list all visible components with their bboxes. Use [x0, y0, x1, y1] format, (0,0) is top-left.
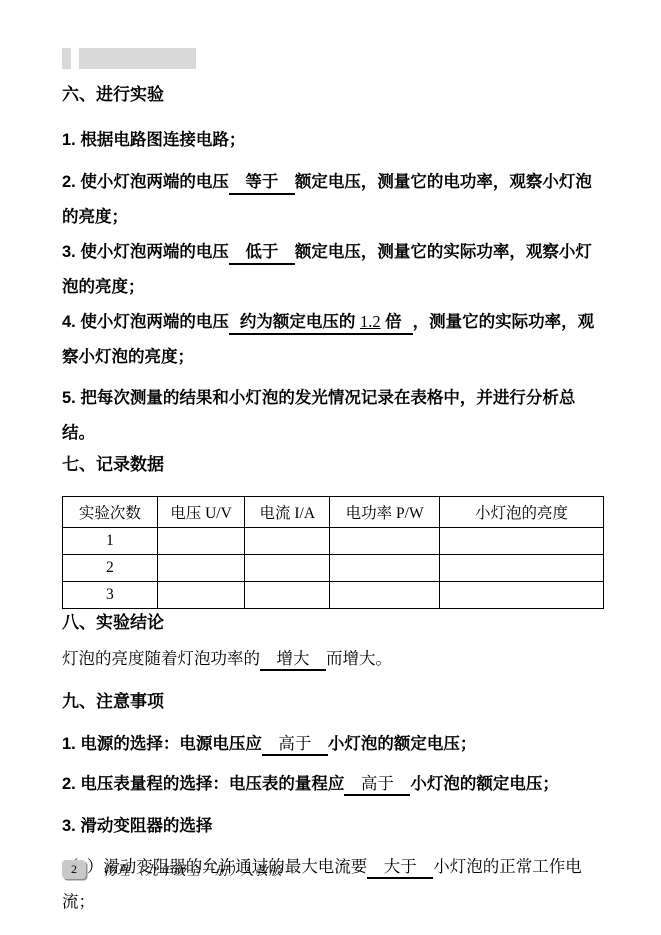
table-cell — [157, 528, 245, 555]
note-2: 2. 电压表量程的选择：电压表的量程应高于小灯泡的额定电压； — [62, 767, 604, 802]
table-header-cell: 电流 I/A — [245, 497, 330, 528]
text-run: 1. 根据电路图连接电路； — [62, 131, 245, 149]
answer-blank: 大于 — [367, 856, 433, 879]
table-cell: 3 — [63, 582, 158, 609]
table-cell — [330, 582, 440, 609]
book-title: 物理（九年级全一册）·人教版 — [103, 860, 283, 879]
page-footer: 2 物理（九年级全一册）·人教版 — [62, 860, 283, 879]
step-1: 1. 根据电路图连接电路； — [62, 123, 604, 158]
step-3: 3. 使小灯泡两端的电压低于额定电压，测量它的实际功率，观察小灯泡的亮度； — [62, 235, 604, 305]
table-row: 2 — [63, 555, 604, 582]
masked-block-small — [62, 48, 71, 69]
table-cell: 1 — [63, 528, 158, 555]
answer-blank: 约为额定电压的 1.2 倍 — [229, 311, 413, 335]
text-run: 倍 — [381, 313, 402, 331]
step-5: 5. 把每次测量的结果和小灯泡的发光情况记录在表格中，并进行分析总结。 — [62, 381, 604, 451]
note-3: 3. 滑动变阻器的选择 — [62, 809, 604, 844]
text-run: 2. 使小灯泡两端的电压 — [62, 173, 229, 191]
table-row: 1 — [63, 528, 604, 555]
table-header-cell: 实验次数 — [63, 497, 158, 528]
text-run: 灯泡的亮度随着灯泡功率的 — [62, 649, 260, 668]
text-run: 5. 把每次测量的结果和小灯泡的发光情况记录在表格中，并进行分析总结。 — [62, 389, 575, 442]
text-run: 1. 电源的选择：电源电压应 — [62, 735, 262, 753]
answer-blank: 高于 — [344, 773, 410, 796]
table-row: 3 — [63, 582, 604, 609]
text-run: 约为额定电压的 — [240, 313, 360, 331]
data-table: 实验次数 电压 U/V 电流 I/A 电功率 P/W 小灯泡的亮度 1 2 — [62, 496, 604, 609]
table-cell — [157, 555, 245, 582]
text-run: 2. 电压表量程的选择：电压表的量程应 — [62, 775, 344, 793]
table-cell — [245, 582, 330, 609]
note-1: 1. 电源的选择：电源电压应高于小灯泡的额定电压； — [62, 727, 604, 762]
text-run: 4. 使小灯泡两端的电压 — [62, 313, 229, 331]
conclusion-line: 灯泡的亮度随着灯泡功率的增大而增大。 — [62, 641, 604, 676]
table-cell — [440, 555, 604, 582]
answer-blank: 等于 — [229, 172, 295, 195]
answer-blank: 低于 — [229, 242, 295, 265]
answer-blank: 高于 — [262, 733, 328, 756]
text-run: 3. 滑动变阻器的选择 — [62, 817, 212, 835]
text-run: 而增大。 — [326, 649, 392, 668]
table-cell — [330, 555, 440, 582]
step-2: 2. 使小灯泡两端的电压等于额定电压，测量它的电功率，观察小灯泡的亮度； — [62, 165, 604, 235]
table-cell — [330, 528, 440, 555]
page-number-badge: 2 — [62, 860, 86, 879]
section-8-heading: 八、实验结论 — [62, 613, 604, 633]
table-header-cell: 小灯泡的亮度 — [440, 497, 604, 528]
table-cell — [245, 528, 330, 555]
answer-blank: 增大 — [260, 648, 326, 671]
table-cell — [440, 528, 604, 555]
text-run: 小灯泡的额定电压； — [410, 775, 559, 793]
answer-number: 1.2 — [360, 312, 381, 331]
section-6-heading: 六、进行实验 — [62, 85, 604, 105]
masked-block-large — [79, 48, 196, 69]
table-cell: 2 — [63, 555, 158, 582]
table-header-row: 实验次数 电压 U/V 电流 I/A 电功率 P/W 小灯泡的亮度 — [63, 497, 604, 528]
text-run: 3. 使小灯泡两端的电压 — [62, 243, 229, 261]
text-run: 小灯泡的额定电压； — [328, 735, 477, 753]
table-cell — [245, 555, 330, 582]
document-page: 六、进行实验 1. 根据电路图连接电路； 2. 使小灯泡两端的电压等于额定电压，… — [0, 0, 661, 935]
table-header-cell: 电压 U/V — [157, 497, 245, 528]
section-7-heading: 七、记录数据 — [62, 455, 604, 475]
masked-header-blocks — [62, 48, 604, 69]
table-cell — [440, 582, 604, 609]
table-cell — [157, 582, 245, 609]
table-header-cell: 电功率 P/W — [330, 497, 440, 528]
page-content: 六、进行实验 1. 根据电路图连接电路； 2. 使小灯泡两端的电压等于额定电压，… — [0, 0, 661, 919]
step-4: 4. 使小灯泡两端的电压约为额定电压的 1.2 倍，测量它的实际功率，观察小灯泡… — [62, 305, 604, 375]
section-9-heading: 九、注意事项 — [62, 692, 604, 712]
